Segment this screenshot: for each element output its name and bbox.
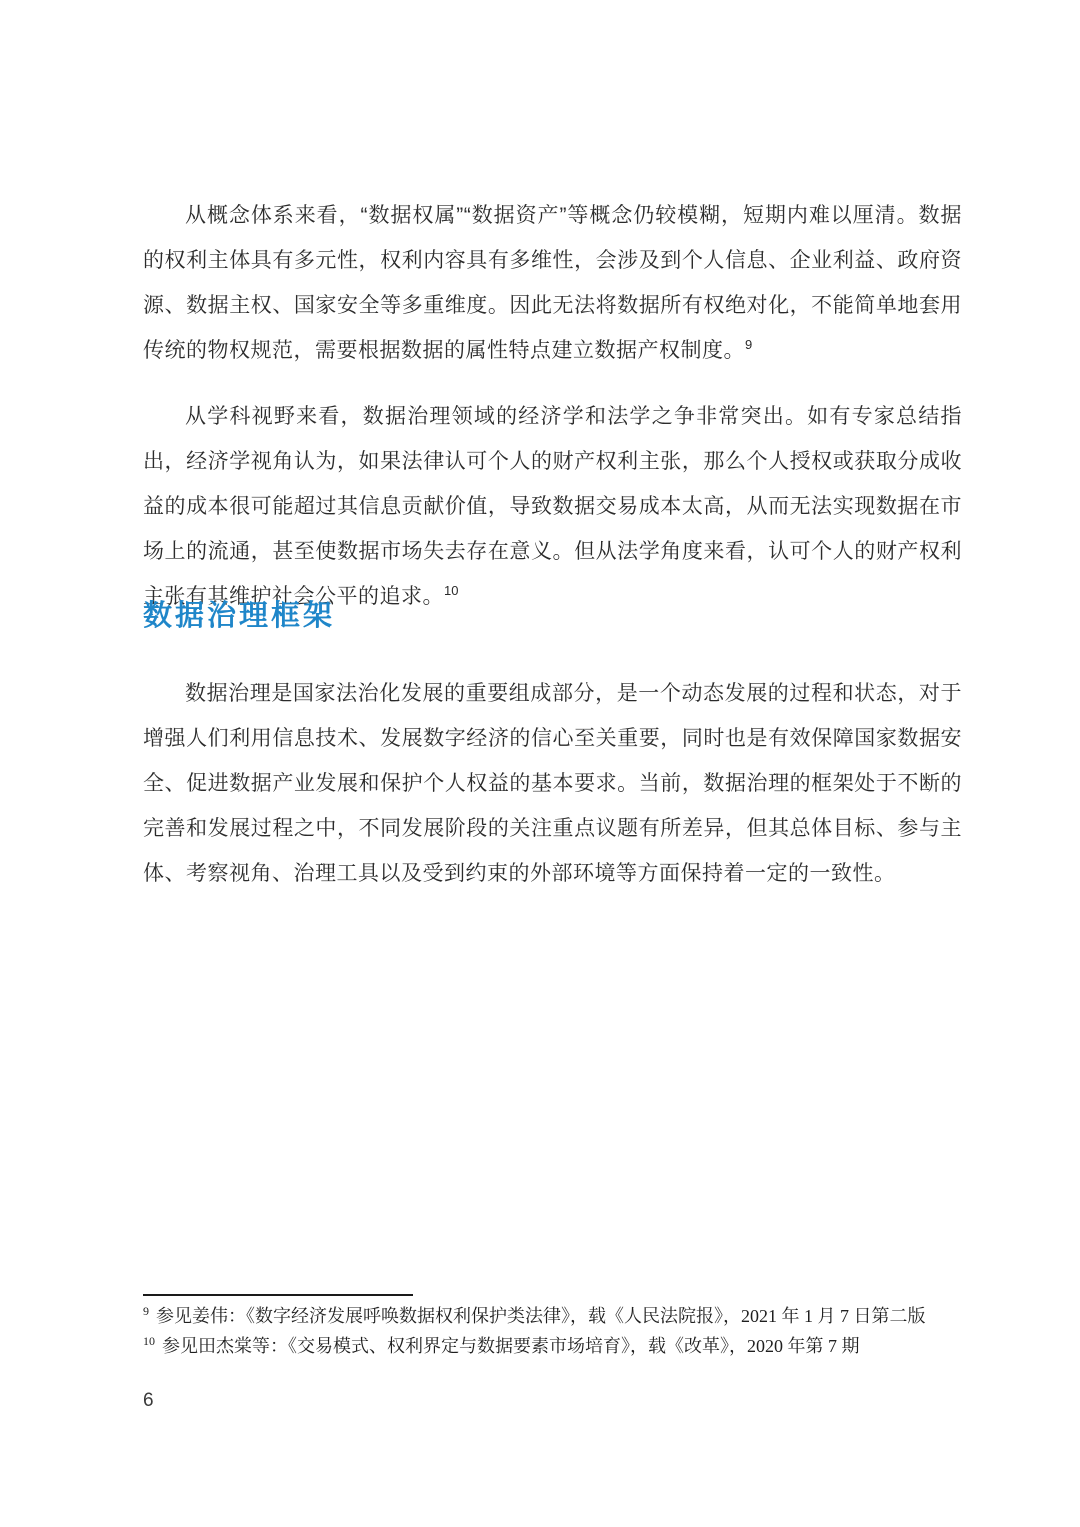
footnote-text: 参见田杰棠等：《交易模式、权利界定与数据要素市场培育》，载《改革》，2020 年… xyxy=(162,1336,860,1356)
page-number: 6 xyxy=(143,1390,154,1412)
paragraph-discipline-view: 从学科视野来看，数据治理领域的经济学和法学之争非常突出。如有专家总结指出，经济学… xyxy=(143,394,962,619)
footnote-item-10: 10参见田杰棠等：《交易模式、权利界定与数据要素市场培育》，载《改革》，2020… xyxy=(143,1331,973,1361)
paragraph-governance-framework: 数据治理是国家法治化发展的重要组成部分，是一个动态发展的过程和状态，对于增强人们… xyxy=(143,671,962,896)
paragraph-concept-system: 从概念体系来看，“数据权属”“数据资产”等概念仍较模糊，短期内难以厘清。数据的权… xyxy=(143,193,962,373)
footnotes-section: 9参见姜伟：《数字经济发展呼唤数据权利保护类法律》，载《人民法院报》，2021 … xyxy=(143,1301,973,1361)
footnote-item-9: 9参见姜伟：《数字经济发展呼唤数据权利保护类法律》，载《人民法院报》，2021 … xyxy=(143,1301,973,1331)
paragraph-text: 从学科视野来看，数据治理领域的经济学和法学之争非常突出。如有专家总结指出，经济学… xyxy=(143,405,962,608)
footnote-text: 参见姜伟：《数字经济发展呼唤数据权利保护类法律》，载《人民法院报》，2021 年… xyxy=(156,1306,926,1326)
paragraph-text: 数据治理是国家法治化发展的重要组成部分，是一个动态发展的过程和状态，对于增强人们… xyxy=(143,682,962,885)
footnote-marker: 10 xyxy=(143,1334,155,1348)
footnote-marker: 9 xyxy=(143,1304,149,1318)
footnote-separator-rule xyxy=(143,1294,413,1296)
footnote-ref-9: 9 xyxy=(745,337,752,352)
document-page: 从概念体系来看，“数据权属”“数据资产”等概念仍较模糊，短期内难以厘清。数据的权… xyxy=(0,0,1080,1527)
section-heading-data-governance-framework: 数据治理框架 xyxy=(143,595,962,637)
paragraph-text: 从概念体系来看，“数据权属”“数据资产”等概念仍较模糊，短期内难以厘清。数据的权… xyxy=(143,204,962,362)
